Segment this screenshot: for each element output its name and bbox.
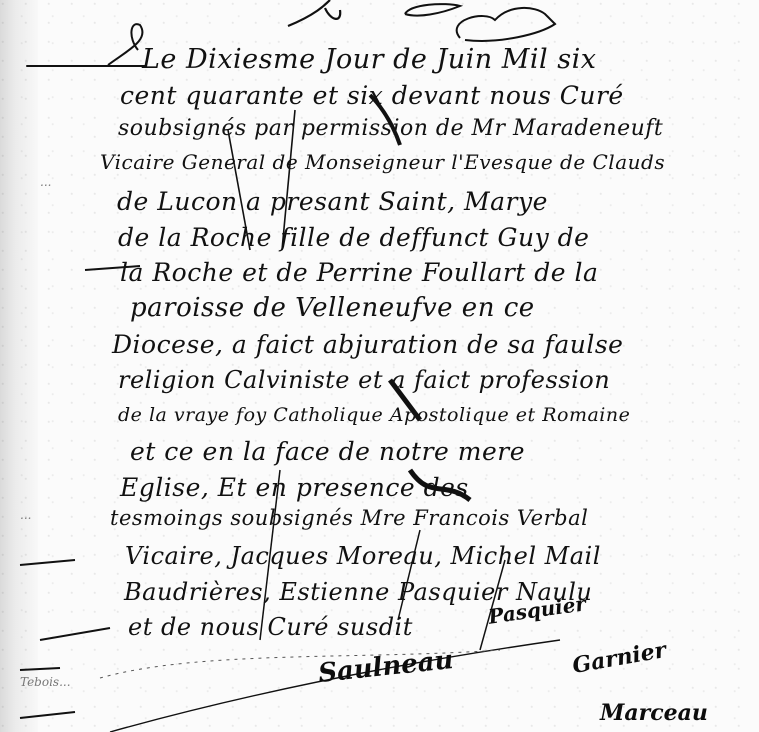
pen-strokes-icon — [0, 0, 759, 732]
margin-note: ... — [40, 175, 51, 189]
register-page: Le Dixiesme Jour de Juin Mil six cent qu… — [0, 0, 759, 732]
margin-note: Tebois... — [20, 675, 71, 689]
signature: Marceau — [600, 700, 708, 726]
margin-note: ... — [20, 508, 31, 522]
